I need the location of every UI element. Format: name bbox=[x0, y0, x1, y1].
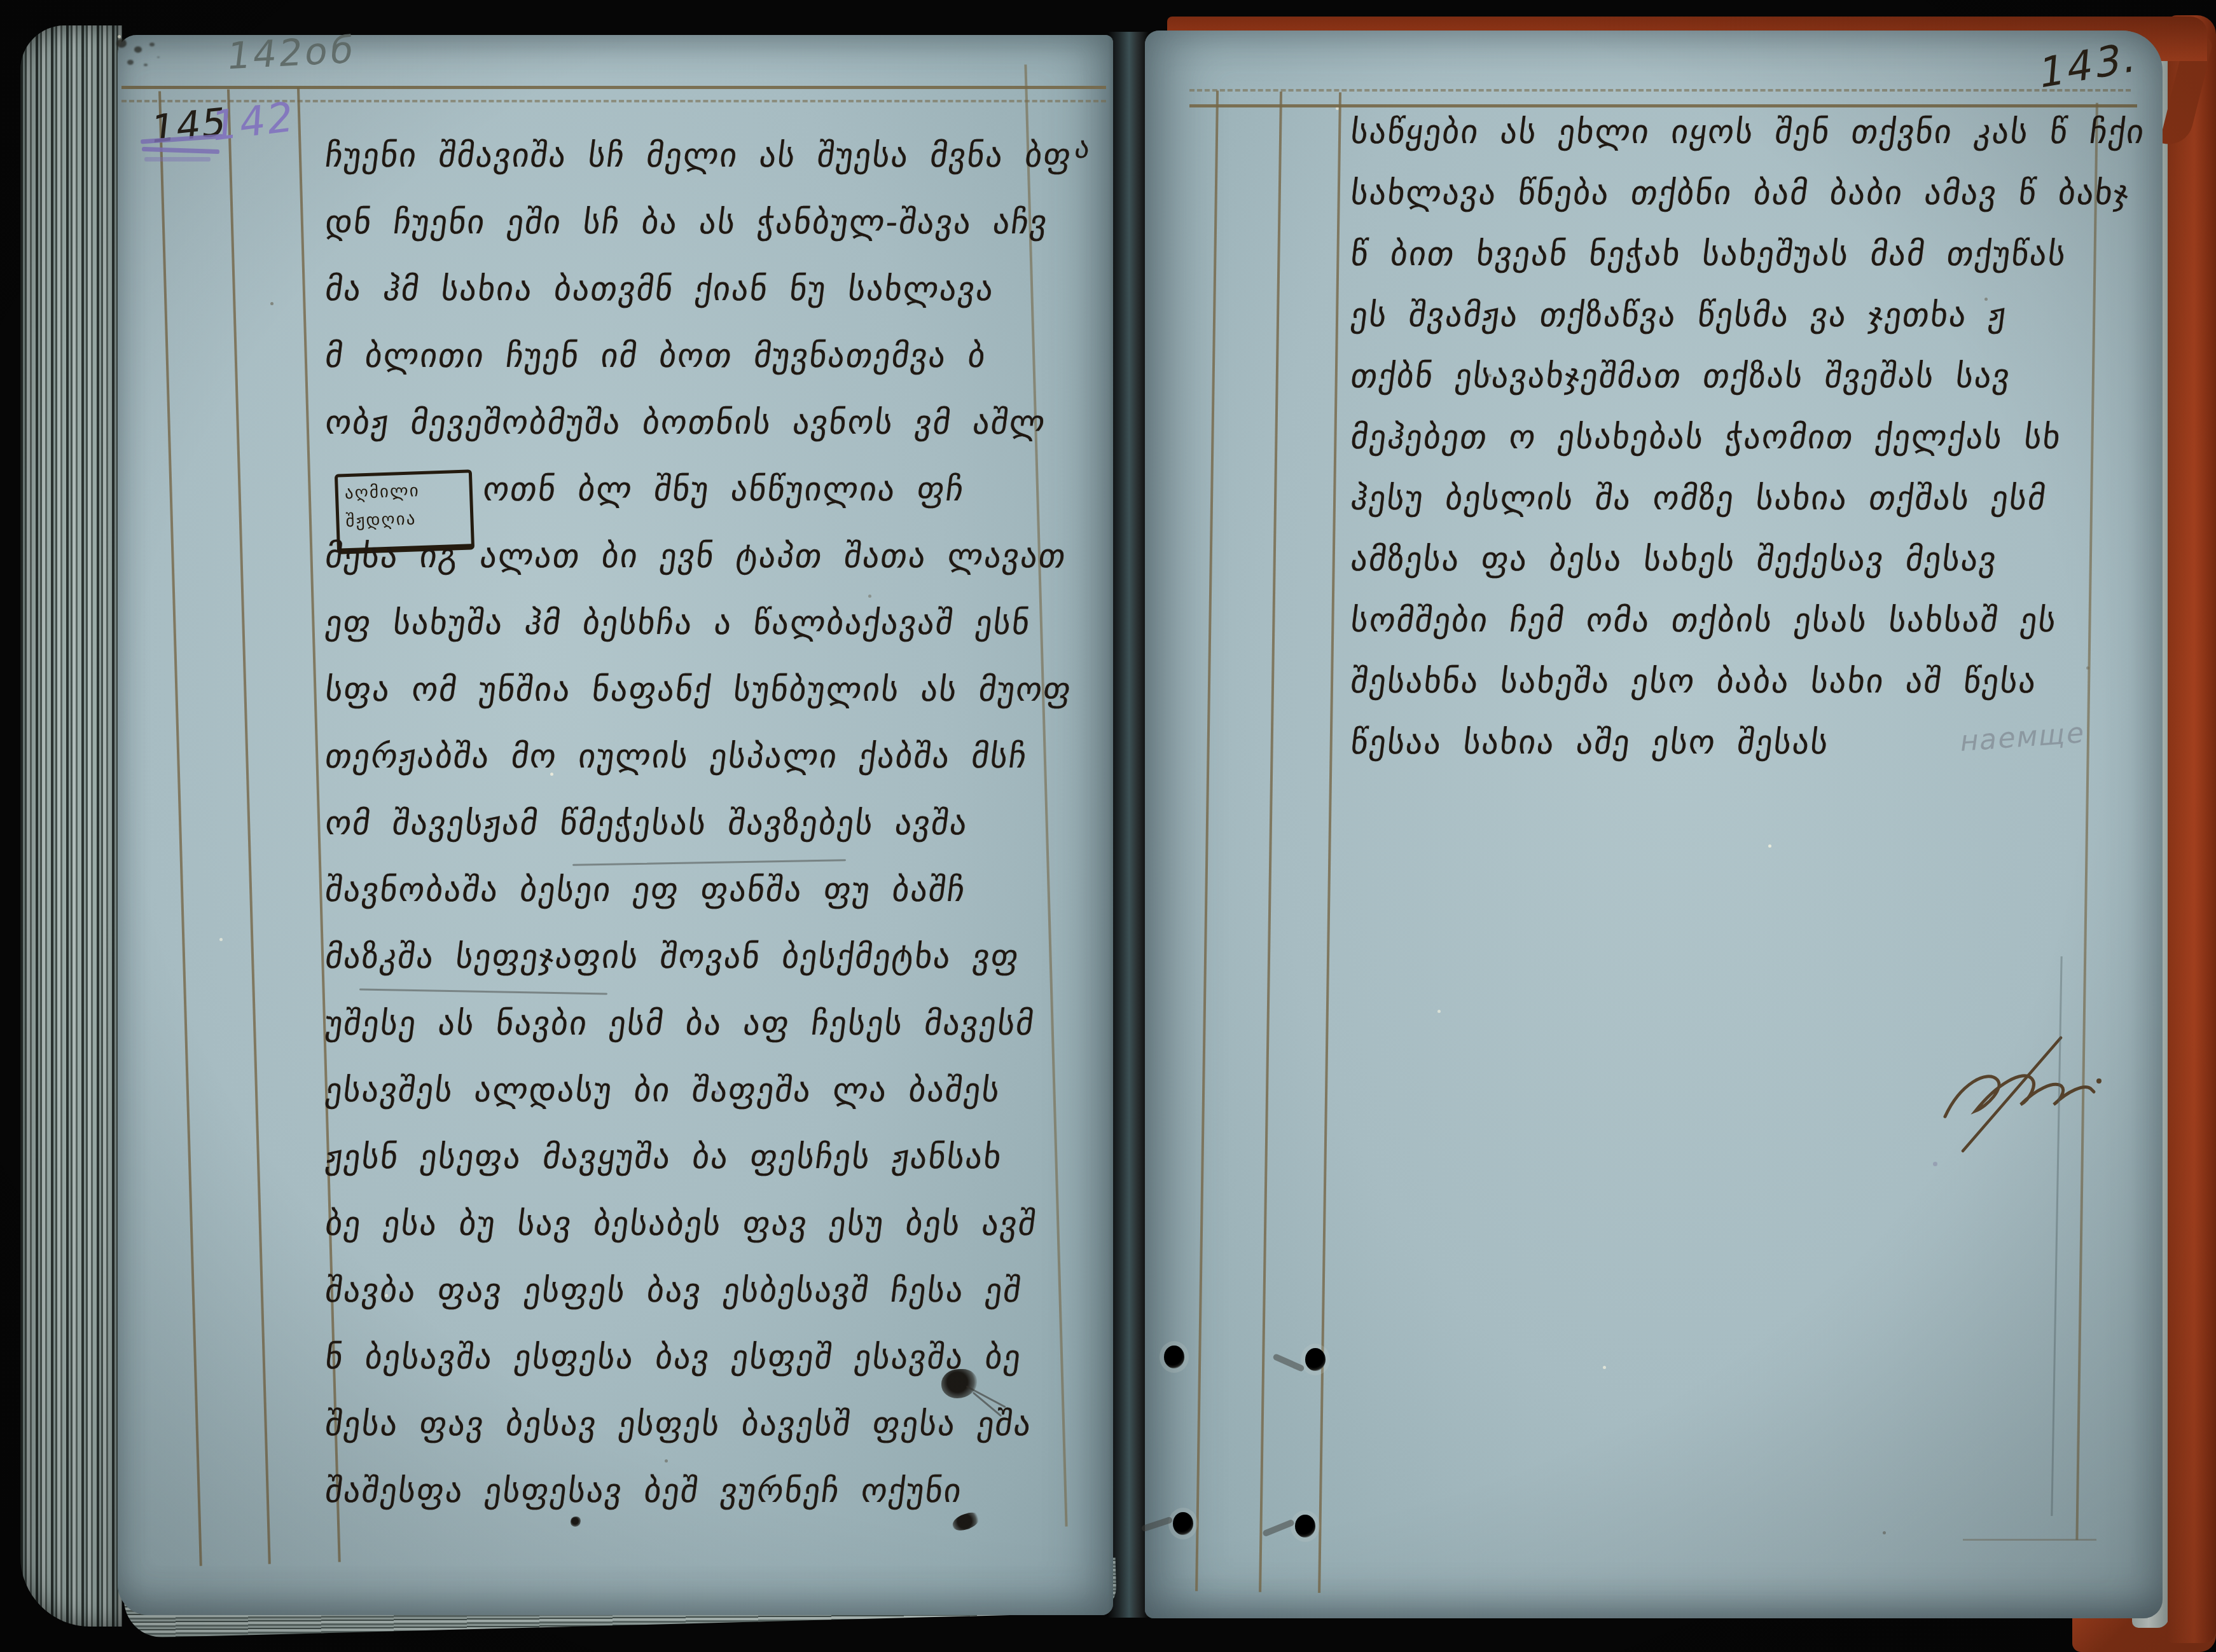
manuscript-line: მესა იგ ალათ ბი ევნ ტაპთ შათა ლავათ bbox=[321, 523, 1125, 590]
margin-rule bbox=[1259, 92, 1282, 1592]
manuscript-line: თქბნ ესავახჯეშმათ თქზას შვეშას სავ bbox=[1347, 346, 2150, 407]
paper-specks bbox=[118, 35, 121, 38]
margin-rule bbox=[158, 91, 202, 1566]
manuscript-line: წ ბით ხვეან ნეჭახ სახეშუას მამ თქუწას bbox=[1347, 224, 2150, 285]
manuscript-line: ამზესა ფა ბესა სახეს შექესავ მესავ bbox=[1347, 529, 2150, 590]
manuscript-line: ესავშეს ალდასუ ბი შაფეშა ლა ბაშეს bbox=[321, 1057, 1125, 1124]
margin-rule bbox=[1195, 90, 1219, 1591]
stitching-hole bbox=[1295, 1515, 1315, 1538]
manuscript-line: თერჟაბშა მო იულის ესპალი ქაბშა მსჩ bbox=[321, 724, 1125, 790]
manuscript-line: დნ ჩუენი ეში სჩ ბა ას ჭანბულ-შავა აჩვ bbox=[321, 189, 1125, 256]
manuscript-line: მა ჰმ სახია ბათვმნ ქიან ნუ სახლავა bbox=[321, 256, 1125, 323]
manuscript-line: სფა ომ უნშია ნაფანქ სუნბულის ას მუოფ bbox=[321, 657, 1125, 724]
purple-strike bbox=[144, 157, 211, 162]
manuscript-line: ომ შავესჟამ წმეჭესას შავზებეს ავშა bbox=[321, 790, 1125, 857]
book-cover-right-edge bbox=[2168, 15, 2216, 1643]
manuscript-line: ბე ესა ბუ სავ ბესაბეს ფავ ესუ ბეს ავშ bbox=[321, 1191, 1125, 1258]
manuscript-line: შესა ფავ ბესავ ესფეს ბავესშ ფესა ეშა bbox=[321, 1391, 1125, 1458]
manuscript-line: შავბა ფავ ესფეს ბავ ესბესავშ ჩესა ეშ bbox=[321, 1258, 1125, 1325]
top-rule-dashed bbox=[1189, 89, 2131, 92]
signature-flourish bbox=[1926, 1020, 2136, 1166]
manuscript-line: ოთნ ბლ შნუ ანწუილია ფჩ bbox=[321, 457, 1125, 523]
manuscript-line: სომშები ჩემ ომა თქბის ესას სახსაშ ეს bbox=[1347, 590, 2150, 651]
ink-smudge bbox=[116, 39, 127, 48]
manuscript-line: ეს შვამჟა თქზაწვა წესმა ვა ჯეთხა ჟ bbox=[1347, 285, 2150, 346]
stitching-hole bbox=[1164, 1346, 1184, 1368]
manuscript-line: შავნობაშა ბესეი ეფ ფანშა ფუ ბაშჩ bbox=[321, 857, 1125, 924]
pencil-folio-header: 142об bbox=[225, 27, 358, 78]
page-edge-stack-left bbox=[20, 25, 122, 1627]
manuscript-line: სახლავა წნება თქბნი ბამ ბაბი ამავ წ ბახჯ bbox=[1347, 163, 2150, 224]
manuscript-line: მ ბლითი ჩუენ იმ ბოთ მუვნათემვა ბ bbox=[321, 323, 1125, 390]
manuscript-line: შესახნა სახეშა ესო ბაბა სახი აშ წესა bbox=[1347, 651, 2150, 712]
manuscript-line: ჩუენი შმავიშა სჩ მელი ას შუესა მვნა ბფ bbox=[321, 123, 1125, 189]
right-page: 143. საწყები ას ეხლი იყოს შენ თქვნი კას … bbox=[1145, 31, 2163, 1618]
margin-rule bbox=[227, 89, 271, 1564]
page-crease bbox=[1963, 1539, 2096, 1541]
stitching-hole bbox=[1305, 1348, 1326, 1371]
manuscript-line: ობჟ მევეშობმუშა ბოთნის ავნოს ვმ აშლ bbox=[321, 390, 1125, 457]
manuscript-line: ნ ბესავშა ესფესა ბავ ესფეშ ესავშა ბე bbox=[321, 1325, 1125, 1391]
photographed-manuscript-spread: 142об 145 142 აღმილი შჟდღია ჩუენი შმავიშ… bbox=[0, 0, 2216, 1652]
left-page-handwriting: ჩუენი შმავიშა სჩ მელი ას შუესა მვნა ბფდნ… bbox=[321, 123, 1116, 1525]
left-page: 142об 145 142 აღმილი შჟდღია ჩუენი შმავიშ… bbox=[118, 35, 1113, 1615]
stitching-hole bbox=[1173, 1512, 1193, 1535]
right-page-handwriting: საწყები ას ეხლი იყოს შენ თქვნი კას წ ჩქი… bbox=[1347, 102, 2142, 773]
manuscript-line: უშესე ას ნავბი ესმ ბა აფ ჩესეს მავესმ bbox=[321, 991, 1125, 1057]
manuscript-line: შაშესფა ესფესავ ბეშ ვურნეჩ ოქუნი bbox=[321, 1458, 1125, 1525]
top-rule-solid bbox=[121, 86, 1106, 89]
manuscript-line: მაზკშა სეფეჯაფის შოვან ბესქმეტხა ვფ bbox=[321, 924, 1125, 991]
manuscript-line: საწყები ას ეხლი იყოს შენ თქვნი კას წ ჩქი bbox=[1347, 102, 2150, 163]
manuscript-line: ჰესუ ბესლის შა ომზე სახია თქშას ესმ bbox=[1347, 468, 2150, 529]
manuscript-line: ჟესნ ესეფა მავყუშა ბა ფესჩეს ჟანსახ bbox=[321, 1124, 1125, 1191]
manuscript-line: ეფ სახუშა ჰმ ბესხჩა ა წალბაქავაშ ესნ bbox=[321, 590, 1125, 657]
manuscript-line: მეჰებეთ ო ესახებას ჭაომით ქელქას სხ bbox=[1347, 407, 2150, 468]
